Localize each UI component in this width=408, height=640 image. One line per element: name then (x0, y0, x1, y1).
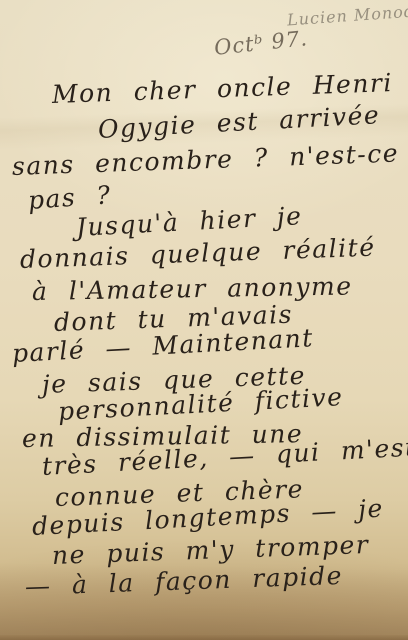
letter-date: Octᵇ 97. (213, 26, 309, 60)
page-bottom-edge (0, 635, 408, 640)
letter-line: Ogygie est arrivée (97, 100, 381, 144)
letter-page: Lucien Monod Octᵇ 97. Mon cher oncle Hen… (0, 0, 408, 640)
letter-line: à l'Amateur anonyme (32, 271, 353, 306)
letter-line: donnais quelque réalité (19, 233, 375, 274)
letter-line: sans encombre ? n'est-ce (11, 138, 399, 180)
letter-line: pas ? (27, 180, 112, 215)
